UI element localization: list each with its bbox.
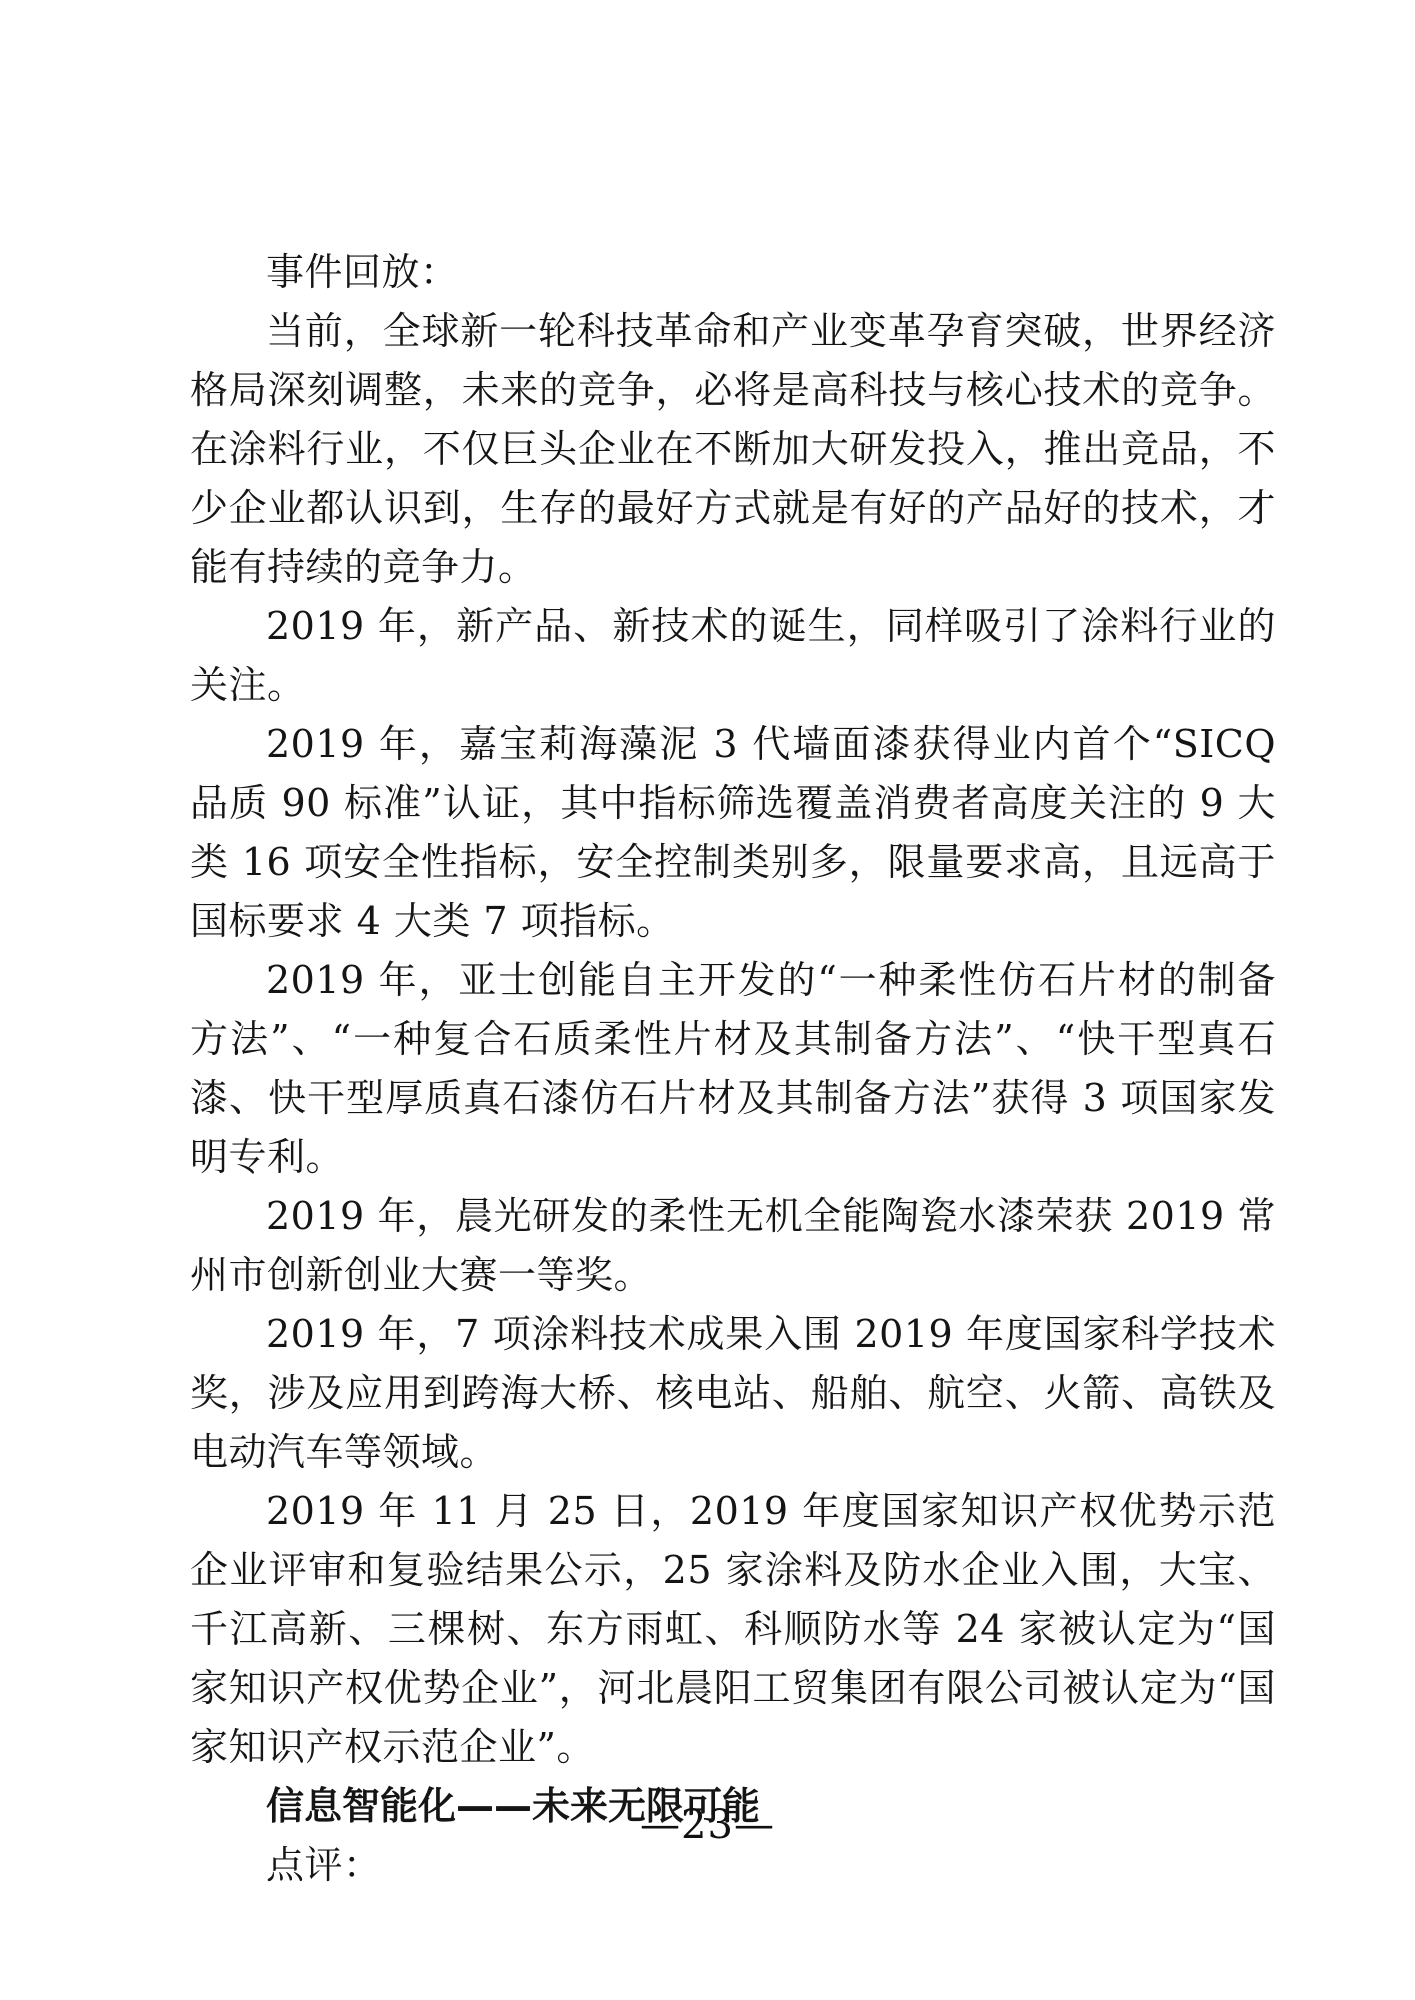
paragraph-national-science-award: 2019 年，7 项涂料技术成果入围 2019 年度国家科学技术奖，涉及应用到跨… <box>190 1305 1276 1482</box>
document-page: 事件回放： 当前，全球新一轮科技革命和产业变革孕育突破，世界经济格局深刻调整，未… <box>0 0 1415 2000</box>
paragraph-intro: 当前，全球新一轮科技革命和产业变革孕育突破，世界经济格局深刻调整，未来的竞争，必… <box>190 302 1276 597</box>
paragraph-ip-enterprises: 2019 年 11 月 25 日，2019 年度国家知识产权优势示范企业评审和复… <box>190 1482 1276 1777</box>
paragraph-chenguang-award: 2019 年，晨光研发的柔性无机全能陶瓷水漆荣获 2019 常州市创新创业大赛一… <box>190 1187 1276 1305</box>
page-number: —23— <box>640 1802 775 1848</box>
paragraph-new-products: 2019 年，新产品、新技术的诞生，同样吸引了涂料行业的关注。 <box>190 597 1276 715</box>
paragraph-asia-patents: 2019 年，亚士创能自主开发的“一种柔性仿石片材的制备方法”、“一种复合石质柔… <box>190 951 1276 1187</box>
page-footer: —23— <box>0 1802 1415 1848</box>
document-body: 事件回放： 当前，全球新一轮科技革命和产业变革孕育突破，世界经济格局深刻调整，未… <box>190 243 1276 1895</box>
paragraph-section-label: 事件回放： <box>190 243 1276 302</box>
paragraph-carpoly-sicq: 2019 年，嘉宝莉海藻泥 3 代墙面漆获得业内首个“SICQ 品质 90 标准… <box>190 715 1276 951</box>
